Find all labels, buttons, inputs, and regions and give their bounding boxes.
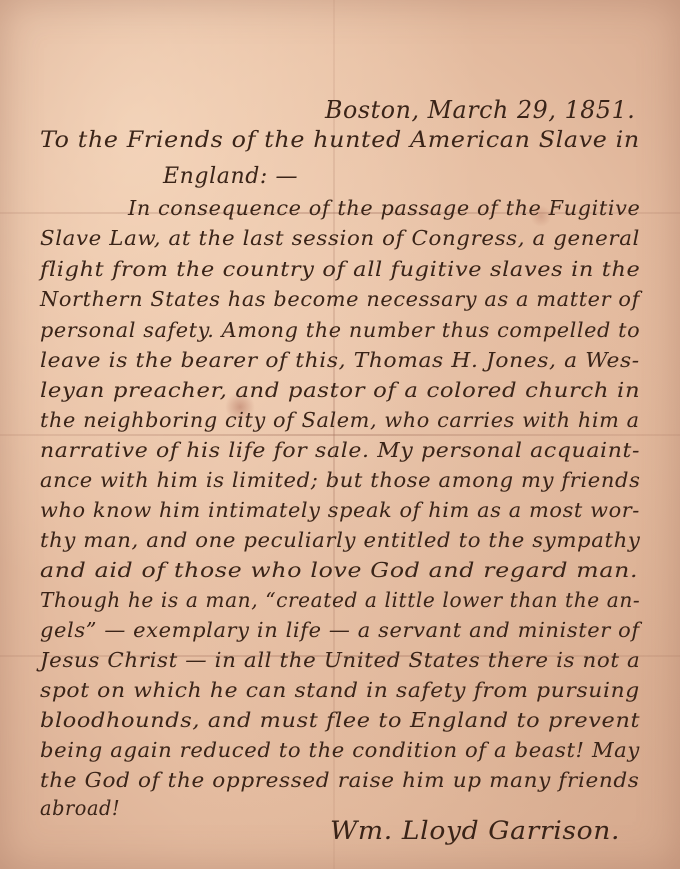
letter-body-line: flight from the country of all fugitive … [40,259,640,280]
letter-body-line: bloodhounds, and must flee to England to… [40,710,640,731]
letter-body-line: personal safety. Among the number thus c… [40,320,640,341]
letter-salutation: To the Friends of the hunted American Sl… [40,130,640,152]
letter-page: Boston, March 29, 1851. To the Friends o… [0,0,680,869]
letter-body-line: In consequence of the passage of the Fug… [128,198,640,219]
letter-salutation-continued: England: — [163,166,298,188]
letter-body-line: ance with him is limited; but those amon… [40,470,640,491]
letter-body-line: thy man, and one peculiarly entitled to … [40,530,640,551]
letter-body-line: Slave Law, at the last session of Congre… [40,228,640,249]
letter-body-line: Though he is a man, “created a little lo… [40,590,640,611]
letter-body-line: being again reduced to the condition of … [40,740,640,761]
letter-body-line: spot on which he can stand in safety fro… [40,680,640,701]
letter-body-line: and aid of those who love God and regard… [40,560,638,581]
letter-body-line: gels” — exemplary in life — a servant an… [40,620,640,641]
letter-body-line: who know him intimately speak of him as … [40,500,640,521]
letter-signature: Wm. Lloyd Garrison. [330,818,620,843]
letter-body-line: narrative of his life for sale. My perso… [40,440,640,461]
letter-body-line: Jesus Christ — in all the United States … [40,650,640,671]
letter-body-line: leyan preacher, and pastor of a colored … [40,380,640,401]
letter-body-line: the neighboring city of Salem, who carri… [40,410,640,431]
fold-line [0,434,680,436]
letter-body-line: the God of the oppressed raise him up ma… [40,770,639,791]
letter-body-line: leave is the bearer of this, Thomas H. J… [40,350,640,371]
letter-body-line: Northern States has become necessary as … [40,289,640,310]
letter-dateline: Boston, March 29, 1851. [325,98,635,122]
letter-body-line: abroad! [40,798,120,819]
